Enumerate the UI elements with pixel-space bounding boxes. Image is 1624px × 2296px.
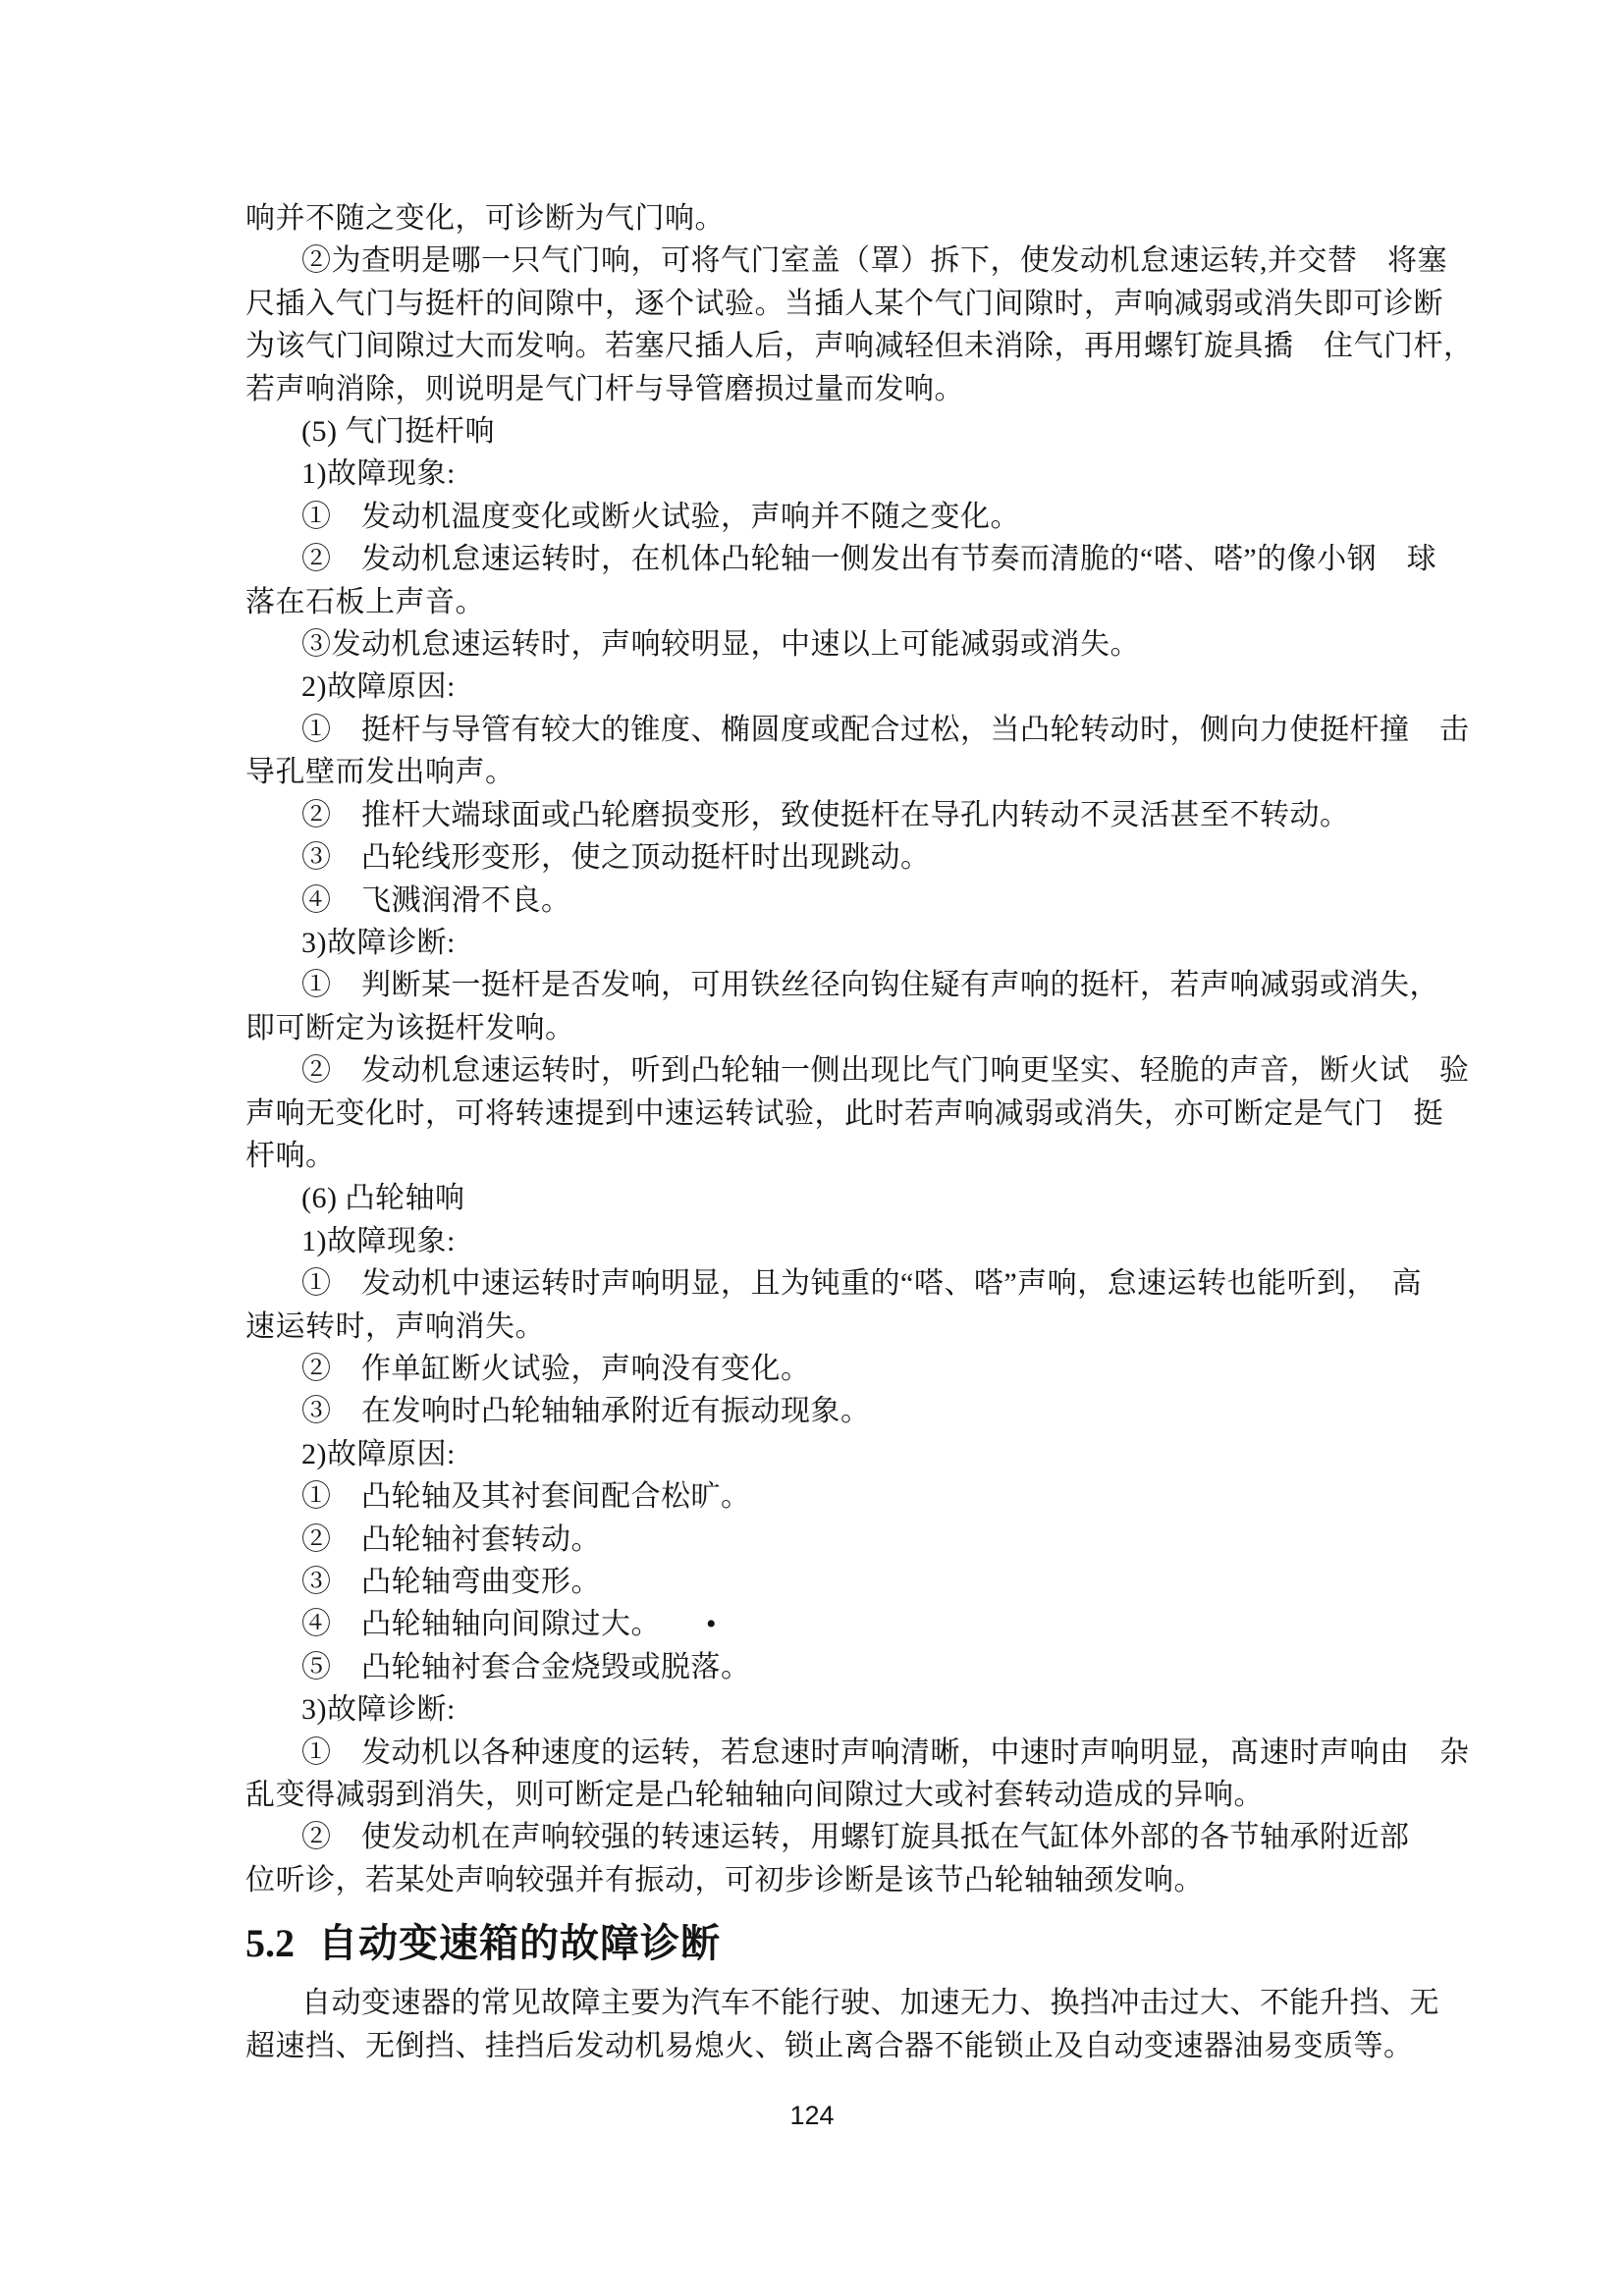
text-line: 导孔壁而发出响声。 <box>245 751 1384 793</box>
text-line: ② 作单缸断火试验，声响没有变化。 <box>245 1348 1384 1390</box>
section-heading: 5.2自动变速箱的故障诊断 <box>245 1917 1384 1970</box>
text-line: ① 挺杆与导管有较大的锥度、椭圆度或配合过松，当凸轮转动时，侧向力使挺杆撞 击 <box>245 709 1384 751</box>
text-line: ④ 凸轮轴轴向间隙过大。 • <box>245 1603 1384 1645</box>
text-line: ① 凸轮轴及其衬套间配合松旷。 <box>245 1475 1384 1518</box>
text-line: ② 发动机怠速运转时，听到凸轮轴一侧出现比气门响更坚实、轻脆的声音，断火试 验 <box>245 1049 1384 1092</box>
text-line: ① 发动机温度变化或断火试验，声响并不随之变化。 <box>245 496 1384 538</box>
text-line: ③ 凸轮轴弯曲变形。 <box>245 1561 1384 1603</box>
text-line: 2)故障原因: <box>245 666 1384 708</box>
text-line: ④ 飞溅润滑不良。 <box>245 880 1384 922</box>
text-line: 杆响。 <box>245 1135 1384 1177</box>
text-line: ① 发动机以各种速度的运转，若怠速时声响清晰，中速时声响明显，髙速时声响由 杂 <box>245 1732 1384 1774</box>
text-line: ③ 在发响时凸轮轴轴承附近有振动现象。 <box>245 1390 1384 1432</box>
text-line: 2)故障原因: <box>245 1433 1384 1475</box>
text-line: ③发动机怠速运转时，声响较明显，中速以上可能减弱或消失。 <box>245 623 1384 666</box>
text-line: 3)故障诊断: <box>245 922 1384 964</box>
page-number: 124 <box>0 2101 1624 2131</box>
text-line: 即可断定为该挺杆发响。 <box>245 1007 1384 1049</box>
text-line: ② 凸轮轴衬套转动。 <box>245 1519 1384 1561</box>
text-line: 尺插入气门与挺杆的间隙中，逐个试验。当插人某个气门间隙时，声响减弱或消失即可诊断 <box>245 283 1384 325</box>
body-text-section-after-heading: 自动变速器的常见故障主要为汽车不能行驶、加速无力、换挡冲击过大、不能升挡、无超速… <box>245 1982 1384 2067</box>
text-line: 位听诊，若某处声响较强并有振动，可初步诊断是该节凸轮轴轴颈发响。 <box>245 1859 1384 1901</box>
text-line: 自动变速器的常见故障主要为汽车不能行驶、加速无力、换挡冲击过大、不能升挡、无 <box>245 1982 1384 2024</box>
section-heading-title: 自动变速箱的故障诊断 <box>318 1921 721 1965</box>
text-line: ⑤ 凸轮轴衬套合金烧毁或脱落。 <box>245 1646 1384 1688</box>
text-line: 3)故障诊断: <box>245 1688 1384 1731</box>
text-line: 落在石板上声音。 <box>245 581 1384 623</box>
text-line: 超速挡、无倒挡、挂挡后发动机易熄火、锁止离合器不能锁止及自动变速器油易变质等。 <box>245 2025 1384 2067</box>
text-line: 乱变得减弱到消失，则可断定是凸轮轴轴向间隙过大或衬套转动造成的异响。 <box>245 1774 1384 1816</box>
text-line: 1)故障现象: <box>245 453 1384 495</box>
text-line: 为该气门间隙过大而发响。若塞尺插人后，声响减轻但未消除，再用螺钉旋具撟 住气门杆… <box>245 325 1384 367</box>
text-line: ②为查明是哪一只气门响，可将气门室盖（罩）拆下，使发动机怠速运转,并交替 将塞 <box>245 240 1384 282</box>
text-line: (6) 凸轮轴响 <box>245 1177 1384 1219</box>
text-line: ② 使发动机在声响较强的转速运转，用螺钉旋具抵在气缸体外部的各节轴承附近部 <box>245 1816 1384 1858</box>
section-heading-number: 5.2 <box>245 1921 295 1965</box>
text-line: 若声响消除，则说明是气门杆与导管磨损过量而发响。 <box>245 368 1384 410</box>
text-line: 响并不随之变化，可诊断为气门响。 <box>245 197 1384 240</box>
text-line: ② 推杆大端球面或凸轮磨损变形，致使挺杆在导孔内转动不灵活甚至不转动。 <box>245 794 1384 836</box>
text-line: ② 发动机怠速运转时，在机体凸轮轴一侧发出有节奏而清脆的“嗒、嗒”的像小钢 球 <box>245 538 1384 580</box>
text-line: ③ 凸轮线形变形，使之顶动挺杆时出现跳动。 <box>245 836 1384 879</box>
text-line: 声响无变化时，可将转速提到中速运转试验，此时若声响减弱或消失，亦可断定是气门 挺 <box>245 1093 1384 1135</box>
text-block: 响并不随之变化，可诊断为气门响。②为查明是哪一只气门响，可将气门室盖（罩）拆下，… <box>245 197 1384 2067</box>
text-line: 1)故障现象: <box>245 1220 1384 1262</box>
text-line: 速运转时，声响消失。 <box>245 1306 1384 1348</box>
text-line: ① 发动机中速运转时声响明显，且为钝重的“嗒、嗒”声响，怠速运转也能听到， 高 <box>245 1262 1384 1305</box>
text-line: ① 判断某一挺杆是否发响，可用铁丝径向钩住疑有声响的挺杆，若声响减弱或消失， <box>245 964 1384 1006</box>
text-line: (5) 气门挺杆响 <box>245 410 1384 453</box>
document-page: 响并不随之变化，可诊断为气门响。②为查明是哪一只气门响，可将气门室盖（罩）拆下，… <box>0 0 1624 2296</box>
body-text-section-before-heading: 响并不随之变化，可诊断为气门响。②为查明是哪一只气门响，可将气门室盖（罩）拆下，… <box>245 197 1384 1901</box>
